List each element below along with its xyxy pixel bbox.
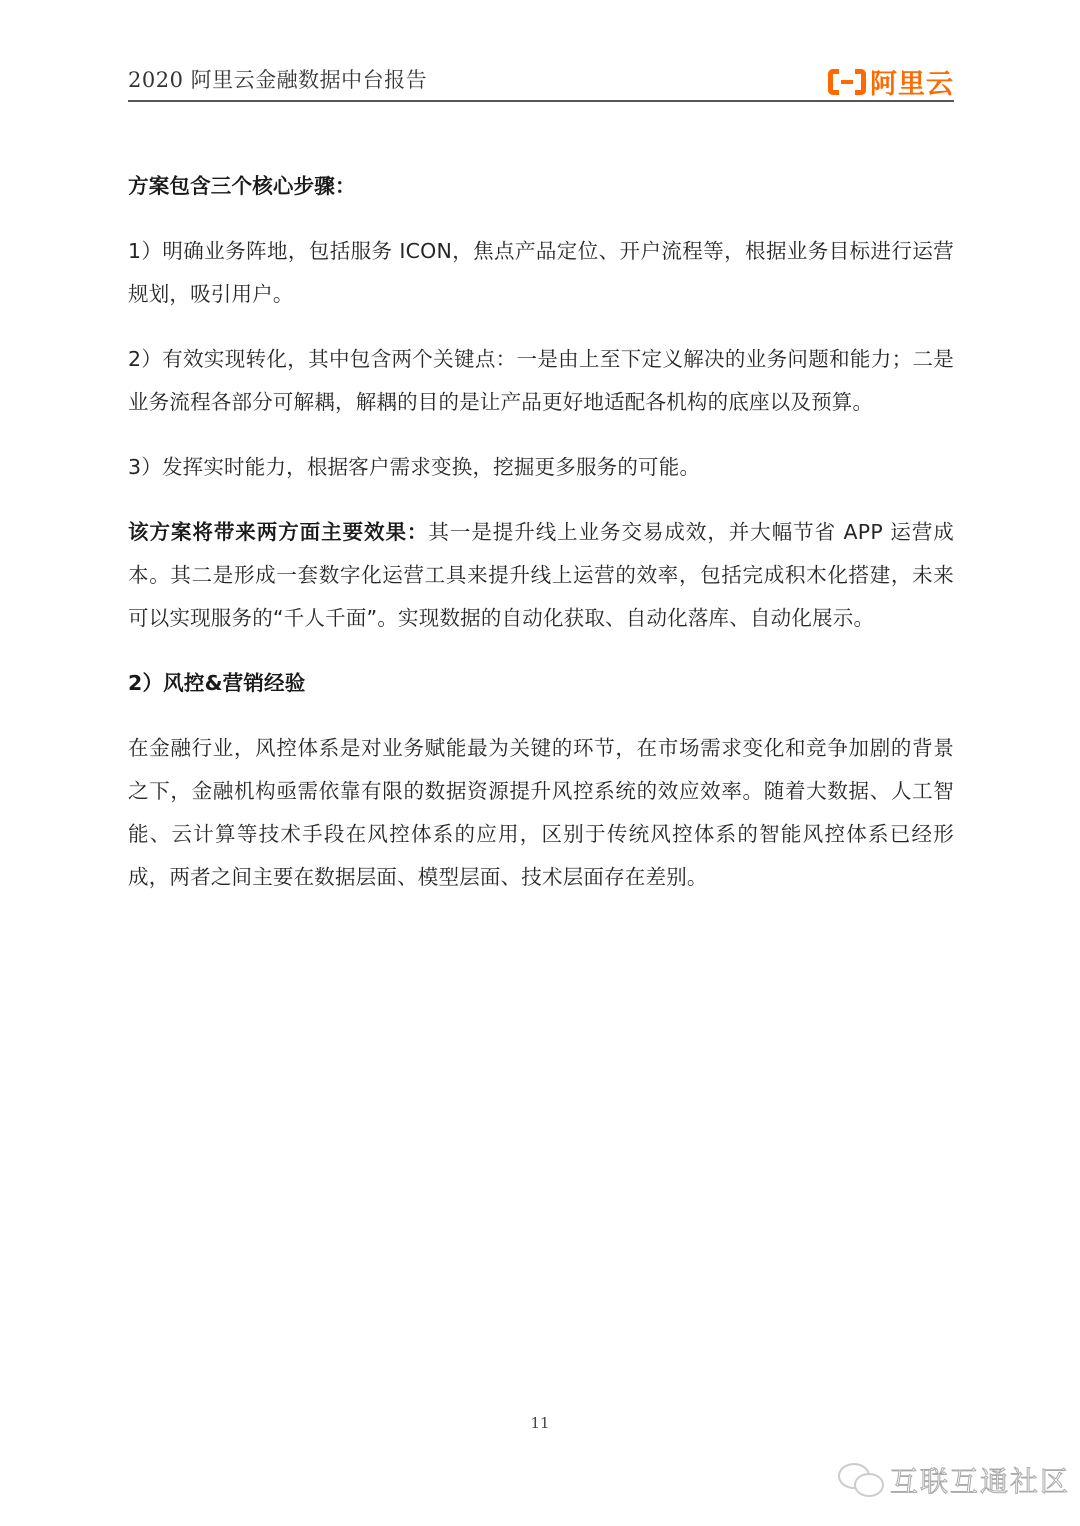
effects-paragraph: 该方案将带来两方面主要效果：其一是提升线上业务交易成效，并大幅节省 APP 运营…: [128, 511, 954, 640]
page-number: 11: [0, 1414, 1080, 1432]
steps-heading: 方案包含三个核心步骤：: [128, 165, 954, 208]
wechat-icon: [838, 1461, 886, 1499]
logo-text: 阿里云: [870, 62, 954, 101]
header-divider: [128, 100, 954, 102]
report-title: 2020 阿里云金融数据中台报告: [128, 64, 427, 94]
effects-heading: 该方案将带来两方面主要效果：: [128, 520, 428, 544]
watermark: 互联互通社区: [838, 1460, 1070, 1500]
section-heading: 2）风控&营销经验: [128, 662, 954, 705]
step-2-paragraph: 2）有效实现转化，其中包含两个关键点：一是由上至下定义解决的业务问题和能力；二是…: [128, 338, 954, 424]
watermark-text: 互联互通社区: [890, 1460, 1070, 1500]
step-1-paragraph: 1）明确业务阵地，包括服务 ICON，焦点产品定位、开户流程等，根据业务目标进行…: [128, 230, 954, 316]
aliyun-logo-icon: [828, 69, 866, 95]
page-header: 2020 阿里云金融数据中台报告 阿里云: [128, 58, 954, 102]
aliyun-logo: 阿里云: [828, 62, 954, 101]
page-body: 方案包含三个核心步骤： 1）明确业务阵地，包括服务 ICON，焦点产品定位、开户…: [128, 165, 954, 921]
section-body: 在金融行业，风控体系是对业务赋能最为关键的环节，在市场需求变化和竞争加剧的背景之…: [128, 727, 954, 899]
step-3-paragraph: 3）发挥实时能力，根据客户需求变换，挖掘更多服务的可能。: [128, 446, 954, 489]
